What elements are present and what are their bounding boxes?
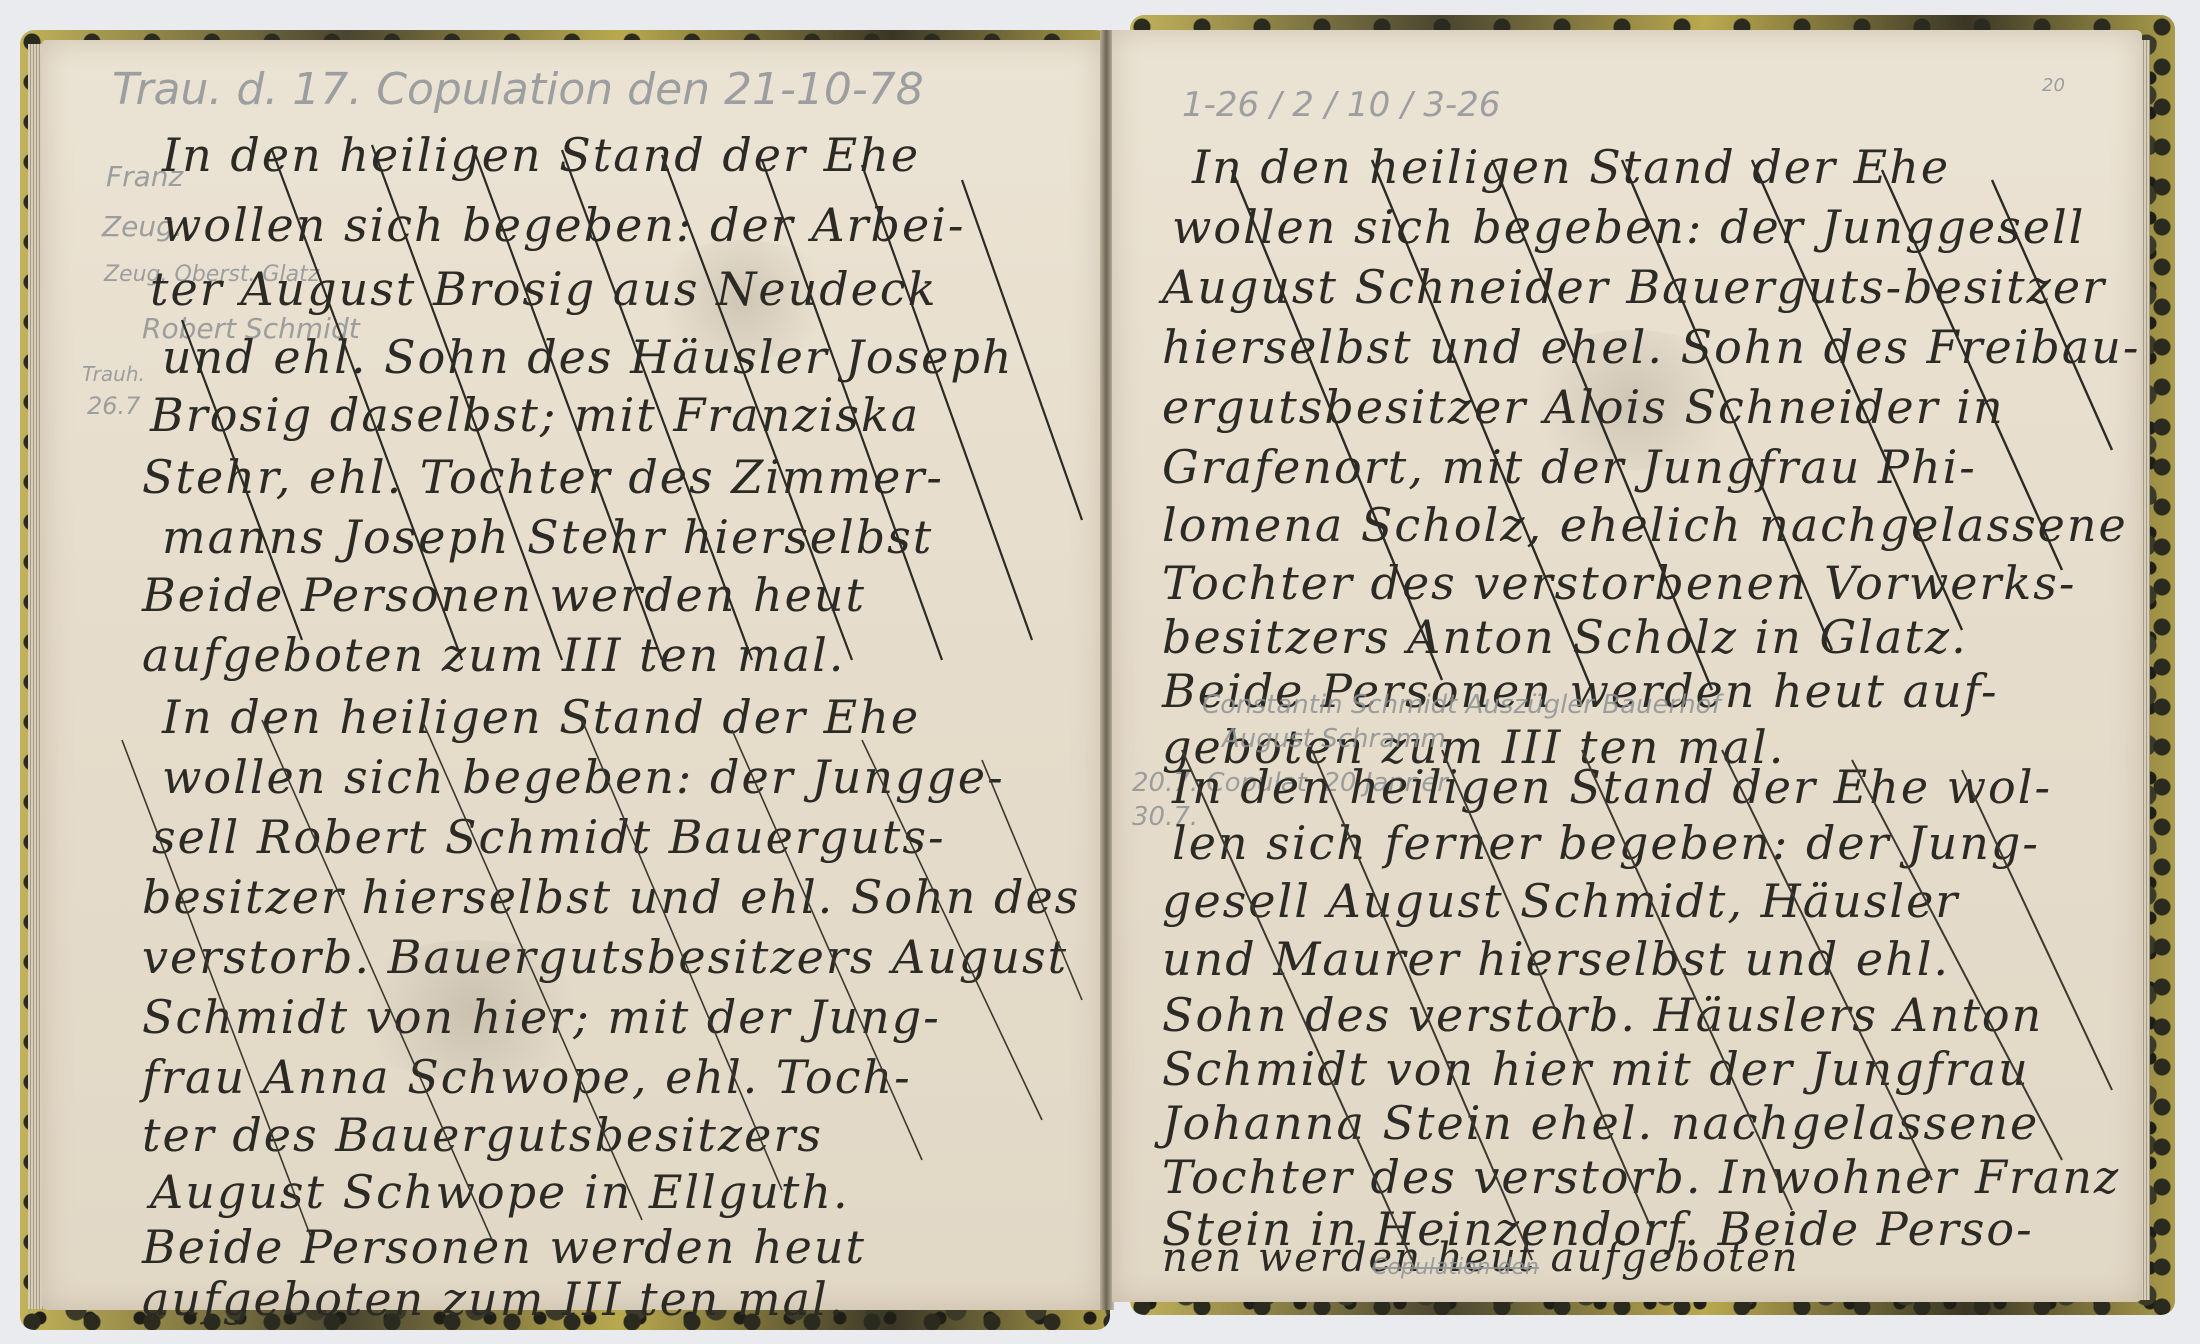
entry-line: ter des Bauergutsbesitzers [142, 1108, 823, 1162]
entry-line: Grafenort, mit der Jungfrau Phi- [1162, 440, 1977, 494]
entry-line: Tochter des verstorb. Inwohner Franz [1162, 1150, 2120, 1204]
entry-line: Brosig daselbst; mit Franziska [150, 388, 920, 442]
entry-line: ter August Brosig aus Neudeck [150, 262, 938, 316]
entry-line: Schmidt von hier mit der Jungfrau [1162, 1042, 2030, 1096]
entry-line: Tochter des verstorbenen Vorwerks- [1162, 556, 2076, 610]
entry-line: Stehr, ehl. Tochter des Zimmer- [142, 450, 944, 504]
pencil-header-annotation: Trau. d. 17. Copulation den 21-10-78 [112, 64, 924, 115]
pencil-number-annotation: 1-26 / 2 / 10 / 3-26 [1182, 85, 1500, 125]
entry-line: frau Anna Schwope, ehl. Toch- [142, 1050, 912, 1104]
entry-line: lomena Scholz, ehelich nachgelassene [1162, 498, 2128, 552]
entry-line: wollen sich begeben: der Junggesell [1172, 200, 2085, 254]
entry-line: In den heiligen Stand der Ehe wol- [1172, 760, 2052, 814]
entry-line: besitzer hierselbst und ehl. Sohn des [142, 870, 1080, 924]
entry-line: manns Joseph Stehr hierselbst [162, 510, 933, 564]
open-register-book: Trau. d. 17. Copulation den 21-10-78 Fra… [0, 0, 2200, 1344]
pencil-mid-note: Constantin Schmidt Auszügler Bauerhof [1202, 690, 1721, 720]
entry-line: Sohn des verstorb. Häuslers Anton [1162, 988, 2043, 1042]
entry-line: In den heiligen Stand der Ehe [1192, 140, 1950, 194]
right-page: 1-26 / 2 / 10 / 3-26 20 In den heiligen … [1112, 30, 2142, 1302]
entry-line: und ehl. Sohn des Häusler Joseph [162, 330, 1013, 384]
entry-line: Schmidt von hier; mit der Jung- [142, 990, 941, 1044]
entry-line: aufgeboten zum III ten mal. [142, 628, 845, 682]
entry-line: wollen sich begeben: der Arbei- [162, 198, 965, 252]
pencil-margin-note: 26.7 [87, 392, 140, 420]
pencil-margin-note: Trauh. [82, 362, 145, 386]
entry-line: verstorb. Bauergutsbesitzers August [142, 930, 1068, 984]
left-page: Trau. d. 17. Copulation den 21-10-78 Fra… [42, 40, 1102, 1310]
pencil-mid-note: August Schramm [1222, 724, 1446, 754]
entry-line: aufgeboten zum III ten mal. [142, 1272, 845, 1326]
page-number: 20 [2042, 75, 2065, 96]
entry-line: In den heiligen Stand der Ehe [162, 128, 920, 182]
entry-line: August Schneider Bauerguts-besitzer [1162, 260, 2106, 314]
entry-line: Beide Personen werden heut [142, 1220, 866, 1274]
entry-line: In den heiligen Stand der Ehe [162, 690, 920, 744]
entry-line: Beide Personen werden heut [142, 568, 866, 622]
entry-line: besitzers Anton Scholz in Glatz. [1162, 610, 1968, 664]
entry-line: hierselbst und ehel. Sohn des Freibau- [1162, 320, 2140, 374]
pencil-footer-note: Copulation den [1372, 1255, 1539, 1280]
entry-line: len sich ferner begeben: der Jung- [1172, 816, 2040, 870]
entry-line: August Schwope in Ellguth. [150, 1165, 850, 1219]
entry-line: und Maurer hierselbst und ehl. [1162, 932, 1950, 986]
entry-line: Johanna Stein ehel. nachgelassene [1162, 1096, 2039, 1150]
entry-line: wollen sich begeben: der Jungge- [162, 750, 1005, 804]
entry-line: sell Robert Schmidt Bauerguts- [152, 810, 946, 864]
entry-line: gesell August Schmidt, Häusler [1162, 874, 1959, 928]
entry-line: ergutsbesitzer Alois Schneider in [1162, 380, 2005, 434]
